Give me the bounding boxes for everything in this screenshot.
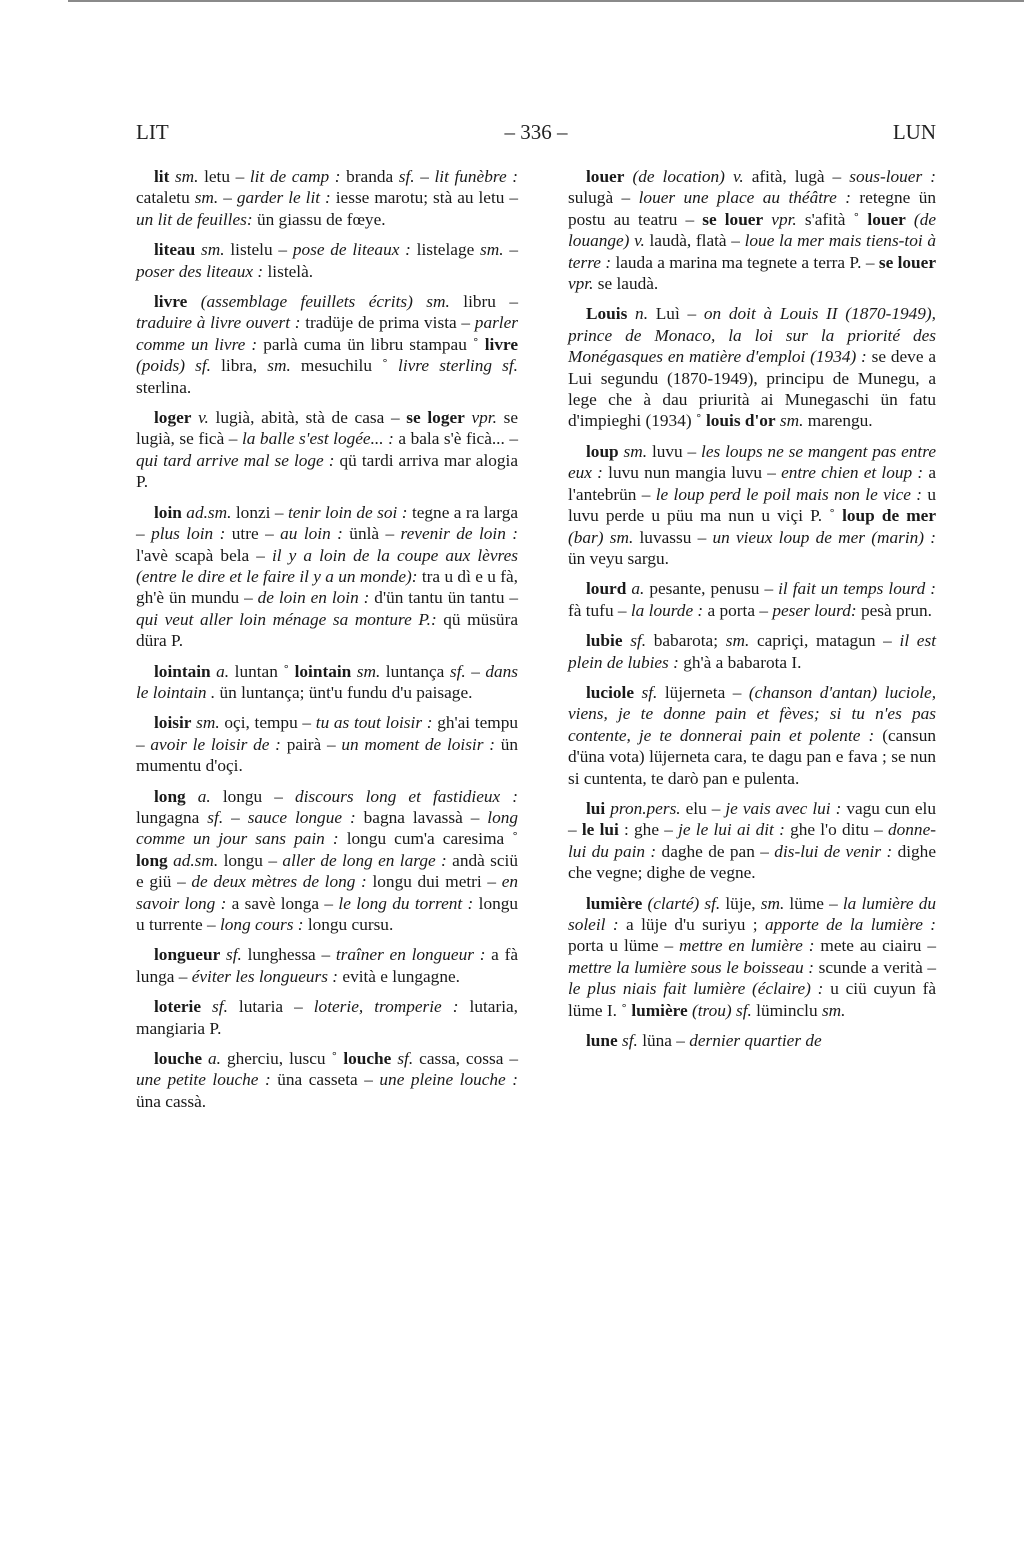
translation: ün veyu sargu. bbox=[568, 549, 669, 568]
french-phrase: n. bbox=[627, 304, 648, 323]
headword: Louis bbox=[586, 304, 627, 323]
french-phrase: entre chien et loup : bbox=[781, 463, 923, 482]
translation: pesante, penusu – bbox=[644, 579, 778, 598]
french-phrase: sf. bbox=[207, 808, 223, 827]
headword: lune bbox=[586, 1031, 618, 1050]
translation: longu – bbox=[211, 787, 295, 806]
headword: long bbox=[136, 851, 168, 870]
translation: bagna lavassà – bbox=[356, 808, 488, 827]
french-phrase: discours long et fastidieux : bbox=[295, 787, 518, 806]
translation: s'afità ˚ bbox=[797, 210, 868, 229]
translation: longu – bbox=[218, 851, 282, 870]
french-phrase: louer une place au théâtre : bbox=[639, 188, 851, 207]
headword: long bbox=[154, 787, 186, 806]
translation: listelà. bbox=[263, 262, 313, 281]
headword: se loger bbox=[406, 408, 465, 427]
translation: lüjerneta – bbox=[657, 683, 749, 702]
french-phrase: sf. bbox=[450, 662, 466, 681]
translation: a bala s'è ficà... – bbox=[394, 429, 518, 448]
dictionary-entry-lubie: lubie sf. babarota; sm. capriçi, matagun… bbox=[568, 630, 936, 673]
dictionary-entry-loin: loin ad.sm. lonzi – tenir loin de soi : … bbox=[136, 502, 518, 652]
translation: üna casseta – bbox=[271, 1070, 380, 1089]
french-phrase: une petite louche : bbox=[136, 1070, 271, 1089]
french-phrase: aller de long en large : bbox=[282, 851, 446, 870]
translation: marengu. bbox=[803, 411, 872, 430]
translation: lüna – bbox=[638, 1031, 689, 1050]
dictionary-entry-louer: louer (de location) v. afità, lugà – sou… bbox=[568, 166, 936, 294]
headword: lui bbox=[586, 799, 605, 818]
page-header: LIT – 336 – LUN bbox=[136, 120, 936, 150]
translation: lunghessa – bbox=[242, 945, 336, 964]
translation: oçi, tempu – bbox=[220, 713, 316, 732]
translation: babarota; bbox=[646, 631, 726, 650]
french-phrase: sm. bbox=[195, 240, 224, 259]
left-column: lit sm. letu – lit de camp : branda sf. … bbox=[136, 166, 518, 1121]
headword: luciole bbox=[586, 683, 634, 702]
french-phrase: dernier quartier de bbox=[689, 1031, 821, 1050]
french-phrase: vpr. bbox=[568, 274, 593, 293]
dictionary-entry-lui: lui pron.pers. elu – je vais avec lui : … bbox=[568, 798, 936, 884]
french-phrase: vpr. bbox=[465, 408, 497, 427]
french-phrase: sous-louer : bbox=[849, 167, 936, 186]
translation: afità, lugà – bbox=[744, 167, 850, 186]
translation: d'ün tantu ün tantu – bbox=[369, 588, 518, 607]
french-phrase: sf. bbox=[623, 631, 647, 650]
dictionary-entry-louche: louche a. gherciu, luscu ˚ louche sf. ca… bbox=[136, 1048, 518, 1112]
translation: iesse marotu; stà au letu – bbox=[331, 188, 518, 207]
translation: ün luntança; ünt'u fundu d'u paisage. bbox=[215, 683, 472, 702]
french-phrase: sm. bbox=[480, 240, 504, 259]
translation: capriçi, matagun – bbox=[749, 631, 899, 650]
french-phrase: a. bbox=[211, 662, 229, 681]
dictionary-entry-loisir: loisir sm. oçi, tempu – tu as tout loisi… bbox=[136, 712, 518, 776]
headword: loger bbox=[154, 408, 191, 427]
dictionary-entry-louis: Louis n. Luì – on doit à Louis II (1870-… bbox=[568, 303, 936, 431]
french-phrase: au loin : bbox=[280, 524, 343, 543]
french-phrase: sf. bbox=[634, 683, 657, 702]
french-phrase: de loin en loin : bbox=[258, 588, 370, 607]
french-phrase: a. bbox=[202, 1049, 221, 1068]
french-phrase: un moment de loisir : bbox=[341, 735, 495, 754]
french-phrase: a. bbox=[626, 579, 644, 598]
french-phrase: livre sterling sf. bbox=[398, 356, 518, 375]
french-phrase: je le lui ai dit : bbox=[678, 820, 785, 839]
translation: libru – bbox=[450, 292, 518, 311]
headword: lointain bbox=[295, 662, 352, 681]
french-phrase: un lit de feuilles: bbox=[136, 210, 253, 229]
translation: branda bbox=[341, 167, 399, 186]
translation: üna cassà. bbox=[136, 1092, 206, 1111]
translation: – bbox=[504, 240, 518, 259]
translation: evità e lungagne. bbox=[338, 967, 460, 986]
translation: pesà prun. bbox=[857, 601, 932, 620]
french-phrase: mettre la lumière sous le boisseau : bbox=[568, 958, 814, 977]
translation: lugià, abità, stà de casa – bbox=[209, 408, 406, 427]
translation: luvassu – bbox=[633, 528, 712, 547]
translation: a savè longa – bbox=[226, 894, 338, 913]
french-phrase: vpr. bbox=[763, 210, 797, 229]
translation: lonzi – bbox=[231, 503, 288, 522]
scan-edge-line bbox=[68, 0, 1024, 2]
translation: l'avè scapà bela – bbox=[136, 546, 272, 565]
french-phrase: sm. bbox=[619, 442, 647, 461]
translation: lutaria – bbox=[228, 997, 314, 1016]
translation: fà tufu – bbox=[568, 601, 631, 620]
translation: mete au ciairu – bbox=[814, 936, 936, 955]
translation: gh'à a babarota I. bbox=[679, 653, 802, 672]
french-phrase: peser lourd: bbox=[772, 601, 856, 620]
dictionary-entry-lointain: lointain a. luntan ˚ lointain sm. luntan… bbox=[136, 661, 518, 704]
french-phrase: plus loin : bbox=[151, 524, 225, 543]
french-phrase: sm. bbox=[351, 662, 380, 681]
headword: lointain bbox=[154, 662, 211, 681]
french-phrase: ad.sm. bbox=[168, 851, 219, 870]
translation: luvu – bbox=[647, 442, 701, 461]
translation: sterlina. bbox=[136, 378, 191, 397]
french-phrase: poser des liteaux : bbox=[136, 262, 263, 281]
headword: le lui bbox=[582, 820, 619, 839]
french-phrase: (poids) sf. bbox=[136, 356, 211, 375]
translation: se laudà. bbox=[593, 274, 658, 293]
french-phrase: qui veut aller loin ménage sa monture P.… bbox=[136, 610, 437, 629]
translation: elu – bbox=[681, 799, 726, 818]
french-phrase: (trou) sf. bbox=[688, 1001, 752, 1020]
translation: – bbox=[415, 167, 435, 186]
headword: loup bbox=[586, 442, 619, 461]
french-phrase: éviter les longueurs : bbox=[192, 967, 338, 986]
french-phrase: tenir loin de soi : bbox=[288, 503, 408, 522]
dictionary-entry-lune: lune sf. lüna – dernier quartier de bbox=[568, 1030, 936, 1051]
translation: utre – bbox=[225, 524, 280, 543]
translation: ünlà – bbox=[343, 524, 401, 543]
headword: loterie bbox=[154, 997, 201, 1016]
translation: a porta – bbox=[703, 601, 772, 620]
french-phrase: sf. bbox=[391, 1049, 413, 1068]
translation: listelu – bbox=[225, 240, 293, 259]
translation: luntança bbox=[380, 662, 450, 681]
dictionary-entry-lumiere: lumière (clarté) sf. lüje, sm. lüme – la… bbox=[568, 893, 936, 1021]
headword: louche bbox=[343, 1049, 391, 1068]
headword: se louer bbox=[702, 210, 763, 229]
translation: pairà – bbox=[281, 735, 341, 754]
headword: livre bbox=[154, 292, 187, 311]
translation: scunde a verità – bbox=[814, 958, 936, 977]
right-guide-word: LUN bbox=[893, 120, 936, 145]
french-phrase: sauce longue : bbox=[248, 808, 356, 827]
french-phrase: sm. bbox=[822, 1001, 846, 1020]
translation: longu cursu. bbox=[304, 915, 394, 934]
french-phrase: une pleine louche : bbox=[379, 1070, 518, 1089]
french-phrase: je vais avec lui : bbox=[725, 799, 841, 818]
french-phrase: sf. bbox=[618, 1031, 638, 1050]
french-phrase: (bar) sm. bbox=[568, 528, 633, 547]
dictionary-entry-loterie: loterie sf. lutaria – loterie, tromperie… bbox=[136, 996, 518, 1039]
translation: luvu nun mangia luvu – bbox=[603, 463, 781, 482]
translation: lüme – bbox=[784, 894, 843, 913]
french-phrase: revenir de loin : bbox=[401, 524, 518, 543]
dictionary-entry-longueur: longueur sf. lunghessa – traîner en long… bbox=[136, 944, 518, 987]
french-phrase: la balle s'est logée... : bbox=[242, 429, 394, 448]
translation: lüminclu bbox=[752, 1001, 822, 1020]
translation: – bbox=[223, 808, 248, 827]
french-phrase: pron.pers. bbox=[605, 799, 680, 818]
headword: lourd bbox=[586, 579, 626, 598]
headword: loup de mer bbox=[842, 506, 936, 525]
translation: porta u lüme – bbox=[568, 936, 679, 955]
translation: listelage bbox=[411, 240, 480, 259]
french-phrase: long cours : bbox=[220, 915, 304, 934]
dictionary-entry-lit: lit sm. letu – lit de camp : branda sf. … bbox=[136, 166, 518, 230]
french-phrase: ad.sm. bbox=[182, 503, 232, 522]
french-phrase: sm. bbox=[726, 631, 750, 650]
right-column: louer (de location) v. afità, lugà – sou… bbox=[568, 166, 936, 1060]
french-phrase: (de location) v. bbox=[624, 167, 743, 186]
french-phrase: (assemblage feuillets écrits) sm. bbox=[187, 292, 450, 311]
french-phrase: v. bbox=[191, 408, 208, 427]
headword: liteau bbox=[154, 240, 195, 259]
translation: : ghe – bbox=[619, 820, 678, 839]
translation: longu dui metri – bbox=[367, 872, 502, 891]
french-phrase: sm. bbox=[169, 167, 198, 186]
dictionary-entry-livre: livre (assemblage feuillets écrits) sm. … bbox=[136, 291, 518, 398]
translation: cataletu bbox=[136, 188, 195, 207]
french-phrase: (clarté) sf. bbox=[642, 894, 720, 913]
dictionary-entry-lourd: lourd a. pesante, penusu – il fait un te… bbox=[568, 578, 936, 621]
translation: ghe l'o ditu – bbox=[785, 820, 888, 839]
translation: tradüje de prima vista – bbox=[301, 313, 475, 332]
french-phrase: sf. bbox=[399, 167, 415, 186]
headword: se louer bbox=[879, 253, 936, 272]
translation: Luì – bbox=[648, 304, 704, 323]
translation: lungagna bbox=[136, 808, 207, 827]
french-phrase: dis-lui de venir : bbox=[774, 842, 892, 861]
headword: longueur bbox=[154, 945, 220, 964]
french-phrase: pose de liteaux : bbox=[293, 240, 411, 259]
french-phrase: lit funèbre : bbox=[434, 167, 518, 186]
headword: loin bbox=[154, 503, 182, 522]
french-phrase: qui tard arrive mal se loge : bbox=[136, 451, 335, 470]
translation: – bbox=[466, 662, 486, 681]
french-phrase: tu as tout loisir : bbox=[316, 713, 433, 732]
french-phrase: il fait un temps lourd : bbox=[778, 579, 936, 598]
french-phrase: de deux mètres de long : bbox=[191, 872, 366, 891]
translation: luntan ˚ bbox=[229, 662, 294, 681]
french-phrase: a. bbox=[186, 787, 211, 806]
page-number: – 336 – bbox=[136, 120, 936, 145]
headword: livre bbox=[485, 335, 518, 354]
headword: lumière bbox=[631, 1001, 687, 1020]
translation: daghe de pan – bbox=[656, 842, 774, 861]
translation: laudà, flatà – bbox=[645, 231, 745, 250]
french-phrase: garder le lit : bbox=[237, 188, 331, 207]
french-phrase: sf. bbox=[201, 997, 228, 1016]
french-phrase: un vieux loup de mer (marin) : bbox=[712, 528, 936, 547]
french-phrase: sm. bbox=[267, 356, 291, 375]
french-phrase: mettre en lumière : bbox=[679, 936, 814, 955]
french-phrase: sm. bbox=[761, 894, 785, 913]
dictionary-entry-liteau: liteau sm. listelu – pose de liteaux : l… bbox=[136, 239, 518, 282]
translation: libra, bbox=[211, 356, 267, 375]
french-phrase: le loup perd le poil mais non le vice : bbox=[656, 485, 922, 504]
french-phrase: loterie, tromperie : bbox=[314, 997, 459, 1016]
headword: lumière bbox=[586, 894, 642, 913]
french-phrase: le plus niais fait lumière (éclaire) : bbox=[568, 979, 823, 998]
headword: louer bbox=[586, 167, 624, 186]
headword: louche bbox=[154, 1049, 202, 1068]
french-phrase: apporte de la lumière : bbox=[765, 915, 936, 934]
french-phrase: sm. bbox=[195, 188, 219, 207]
translation: – bbox=[218, 188, 237, 207]
french-phrase: traîner en longueur : bbox=[336, 945, 486, 964]
headword: loisir bbox=[154, 713, 191, 732]
translation: parlà cuma ün libru stampau ˚ bbox=[257, 335, 485, 354]
french-phrase: sf. bbox=[220, 945, 242, 964]
translation: longu cum'a caresima ˚ bbox=[339, 829, 518, 848]
french-phrase: avoir le loisir de : bbox=[150, 735, 281, 754]
translation: mesuchilu ˚ bbox=[291, 356, 398, 375]
french-phrase: la lourde : bbox=[631, 601, 703, 620]
translation: a lüje d'u suriyu ; bbox=[619, 915, 765, 934]
french-phrase: sm. bbox=[191, 713, 219, 732]
headword: lit bbox=[154, 167, 169, 186]
headword: louis d'or bbox=[706, 411, 776, 430]
translation: cassa, cossa – bbox=[413, 1049, 518, 1068]
headword: louer bbox=[867, 210, 905, 229]
dictionary-entry-loger: loger v. lugià, abità, stà de casa – se … bbox=[136, 407, 518, 493]
french-phrase: traduire à livre ouvert : bbox=[136, 313, 301, 332]
translation: gherciu, luscu ˚ bbox=[221, 1049, 343, 1068]
dictionary-entry-loup: loup sm. luvu – les loups ne se mangent … bbox=[568, 441, 936, 569]
translation: sulugà – bbox=[568, 188, 639, 207]
translation: lauda a marina ma tegnete a terra P. – bbox=[611, 253, 879, 272]
dictionary-entry-long: long a. longu – discours long et fastidi… bbox=[136, 786, 518, 936]
translation: lüje, bbox=[720, 894, 761, 913]
french-phrase: sm. bbox=[776, 411, 804, 430]
translation: letu – bbox=[198, 167, 249, 186]
dictionary-entry-luciole: luciole sf. lüjerneta – (chanson d'antan… bbox=[568, 682, 936, 789]
french-phrase: lit de camp : bbox=[250, 167, 341, 186]
translation: ün giassu de fœye. bbox=[253, 210, 386, 229]
headword: lubie bbox=[586, 631, 623, 650]
french-phrase: le long du torrent : bbox=[338, 894, 473, 913]
